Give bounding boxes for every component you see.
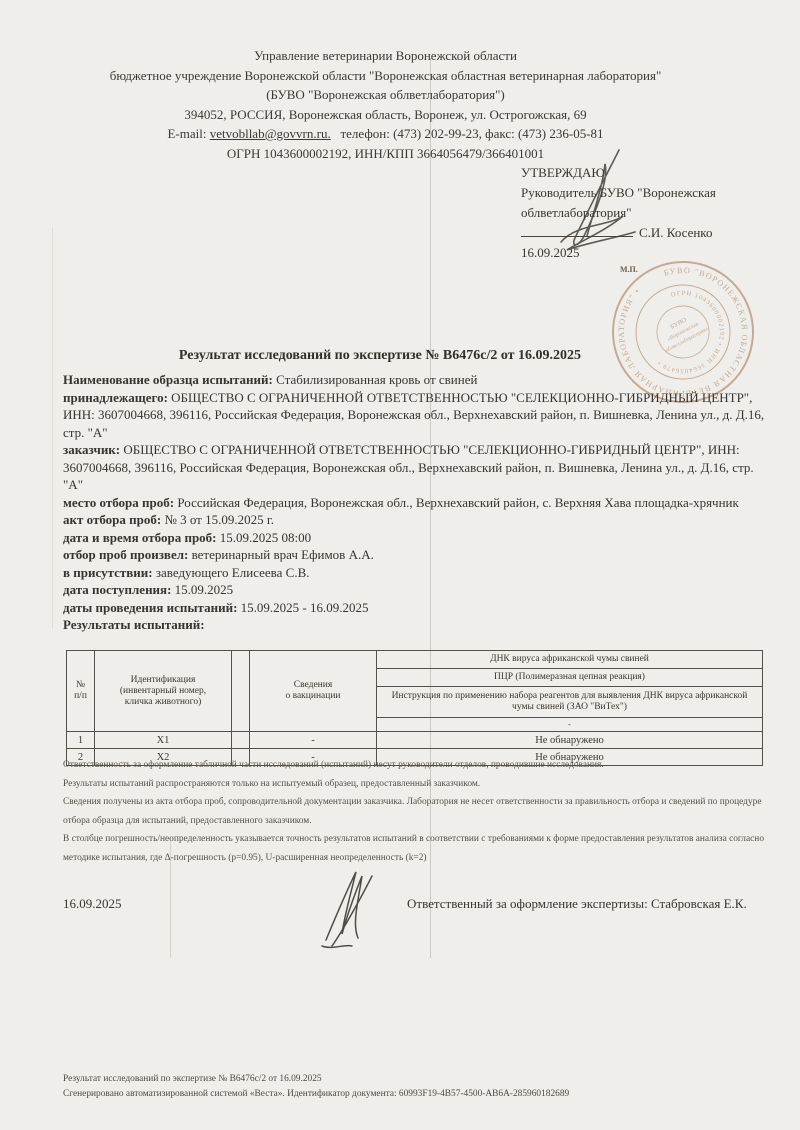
detail-row: место отбора проб: Российская Федерация,… bbox=[63, 494, 768, 512]
detail-row: заказчик: ОБЩЕСТВО С ОГРАНИЧЕННОЙ ОТВЕТС… bbox=[63, 441, 768, 494]
org-address: 394052, РОССИЯ, Воронежская область, Вор… bbox=[58, 105, 713, 125]
letterhead: Управление ветеринарии Воронежской облас… bbox=[58, 46, 713, 163]
email-label: E-mail: bbox=[167, 126, 206, 141]
footer-expertise-line: Результат исследований по экспертизе № В… bbox=[63, 1072, 763, 1087]
footnote: Результаты испытаний распространяются то… bbox=[63, 775, 769, 794]
detail-row: дата и время отбора проб: 15.09.2025 08:… bbox=[63, 529, 768, 547]
footnote: В столбце погрешность/неопределенность у… bbox=[63, 830, 769, 867]
approval-heading: УТВЕРЖДАЮ bbox=[521, 163, 771, 183]
col-header-vaccination: Сведения о вакцинации bbox=[250, 651, 377, 732]
org-short-name: (БУВО "Воронежская облветлаборатория") bbox=[58, 85, 713, 105]
footnote: Ответственность за оформление табличной … bbox=[63, 756, 769, 775]
org-authority: Управление ветеринарии Воронежской облас… bbox=[58, 46, 713, 66]
detail-row: акт отбора проб: № 3 от 15.09.2025 г. bbox=[63, 511, 768, 529]
document-title: Результат исследований по экспертизе № В… bbox=[40, 348, 720, 364]
org-registration: ОГРН 1043600002192, ИНН/КПП 3664056479/3… bbox=[58, 144, 713, 164]
stamp-place-label: М.П. bbox=[620, 265, 638, 274]
document-footer: Результат исследований по экспертизе № В… bbox=[63, 1072, 763, 1102]
col-header-identification: Идентификация (инвентарный номер, кличка… bbox=[95, 651, 232, 732]
col-header-uncertainty: - bbox=[377, 718, 763, 732]
col-header-number: № п/п bbox=[67, 651, 95, 732]
stamp-inner-ring-text: ОГРН 1043600002192 • ИНН 3664056479 • bbox=[636, 279, 736, 383]
approval-position-2: облветлаборатория" bbox=[521, 203, 771, 223]
signature-line bbox=[521, 224, 633, 237]
table-row: 1 Х1 - Не обнаружено bbox=[67, 732, 763, 749]
detail-row: отбор проб произвел: ветеринарный врач Е… bbox=[63, 546, 768, 564]
org-contacts: E-mail: vetvobllab@govvrn.ru. телефон: (… bbox=[58, 124, 713, 144]
detail-row: принадлежащего: ОБЩЕСТВО С ОГРАНИЧЕННОЙ … bbox=[63, 389, 768, 442]
responsible-person: Ответственный за оформление экспертизы: … bbox=[407, 896, 747, 912]
detail-row: дата поступления: 15.09.2025 bbox=[63, 581, 768, 599]
col-header-empty bbox=[232, 651, 250, 732]
signoff-date: 16.09.2025 bbox=[63, 896, 122, 912]
result-value: Не обнаружено bbox=[377, 732, 763, 749]
stamp-center-line2: «Воронежская bbox=[666, 321, 700, 343]
svg-text:ОГРН 1043600002192 • ИНН 36640: ОГРН 1043600002192 • ИНН 3664056479 • bbox=[636, 279, 736, 383]
email-link[interactable]: vetvobllab@govvrn.ru. bbox=[210, 126, 331, 141]
approval-block: УТВЕРЖДАЮ Руководитель БУВО "Воронежская… bbox=[521, 163, 771, 263]
approval-signature-row: С.И. Косенко bbox=[521, 223, 771, 243]
scanned-document-page: Управление ветеринарии Воронежской облас… bbox=[0, 0, 800, 1130]
approval-date: 16.09.2025 bbox=[521, 243, 771, 263]
col-header-method: ПЦР (Полимеразная цепная реакция) bbox=[377, 669, 763, 687]
paper-crease bbox=[52, 228, 53, 628]
detail-row: Наименование образца испытаний: Стабилиз… bbox=[63, 371, 768, 389]
detail-row: в присутствии: заведующего Елисеева С.В. bbox=[63, 564, 768, 582]
col-header-analyte: ДНК вируса африканской чумы свиней bbox=[377, 651, 763, 669]
footnote: Сведения получены из акта отбора проб, с… bbox=[63, 793, 769, 830]
detail-row: даты проведения испытаний: 15.09.2025 - … bbox=[63, 599, 768, 617]
handwritten-signature bbox=[318, 866, 390, 950]
footnotes: Ответственность за оформление табличной … bbox=[63, 756, 769, 868]
results-table: № п/п Идентификация (инвентарный номер, … bbox=[66, 650, 763, 766]
approver-name: С.И. Косенко bbox=[639, 225, 712, 240]
sample-details: Наименование образца испытаний: Стабилиз… bbox=[63, 371, 768, 634]
stamp-center-line1: БУВО bbox=[669, 316, 688, 330]
footer-generated-line: Сгенерировано автоматизированной системо… bbox=[63, 1087, 763, 1102]
org-name: бюджетное учреждение Воронежской области… bbox=[58, 66, 713, 86]
phone-fax: телефон: (473) 202-99-23, факс: (473) 23… bbox=[340, 126, 603, 141]
approval-position-1: Руководитель БУВО "Воронежская bbox=[521, 183, 771, 203]
detail-row: Результаты испытаний: bbox=[63, 616, 768, 634]
col-header-instruction: Инструкция по применению набора реагенто… bbox=[377, 687, 763, 718]
